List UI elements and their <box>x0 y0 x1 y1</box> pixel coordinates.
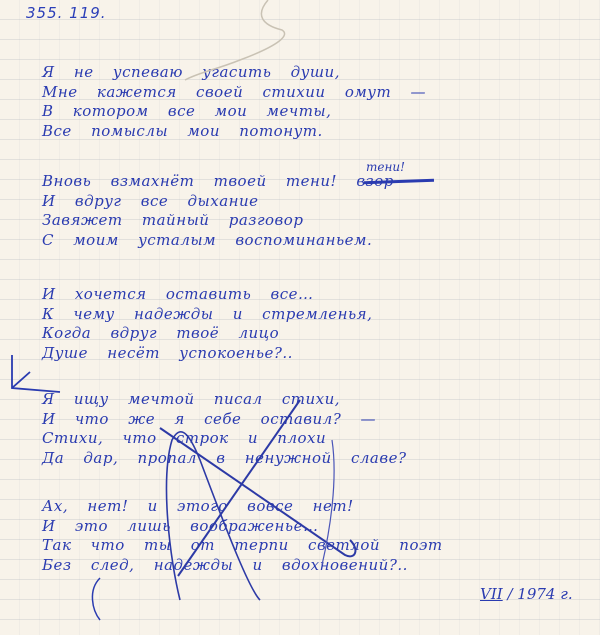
poem-line: Все помыслы мои потонут. <box>42 122 587 142</box>
poem-line: Я не успеваю угасить души, <box>42 63 587 83</box>
poem-line: Стихи, что строк и плохи <box>42 429 587 449</box>
archive-number: 355. 119. <box>26 4 107 22</box>
poem-line: И это лишь воображенье… <box>42 517 587 537</box>
poem-line: Вновь взмахнёт твоей тени! взор <box>42 172 587 192</box>
stanza-3: И хочется оставить все… К чему надежды и… <box>42 285 587 363</box>
poem-line: Ах, нет! и этого вовсе нет! <box>42 497 587 517</box>
poem-line: Так что ты от терпи светлой поэт <box>42 536 587 556</box>
date-month: VII <box>480 585 503 603</box>
poem-line: И что же я себе оставил? — <box>42 410 587 430</box>
poem-line: Я ищу мечтой писал стихи, <box>42 390 587 410</box>
date-signature: VII / 1974 г. <box>480 585 573 603</box>
poem-line: И вдруг все дыхание <box>42 192 587 212</box>
poem-line: Да дар, пропал в ненужной славе? <box>42 449 587 469</box>
date-year: 1974 г. <box>517 585 572 603</box>
poem-line: К чему надежды и стремленья, <box>42 305 587 325</box>
poem-line: Мне кажется своей стихии омут — <box>42 83 587 103</box>
poem-line: Душе несёт успокоенье?.. <box>42 344 587 364</box>
poem-line: Когда вдруг твоё лицо <box>42 324 587 344</box>
poem-line: Завяжет тайный разговор <box>42 211 587 231</box>
poem-line: В котором все мои мечты, <box>42 102 587 122</box>
manuscript-page: 355. 119. Я не успеваю угасить души, Мне… <box>0 0 600 635</box>
stanza-1: Я не успеваю угасить души, Мне кажется с… <box>42 63 587 141</box>
poem-line: Без след, надежды и вдохновений?.. <box>42 556 587 576</box>
stanza-4: Я ищу мечтой писал стихи, И что же я себ… <box>42 390 587 468</box>
stanza-2: Вновь взмахнёт твоей тени! взор И вдруг … <box>42 172 587 250</box>
stanza-5: Ах, нет! и этого вовсе нет! И это лишь в… <box>42 497 587 575</box>
poem-line: С моим усталым воспоминаньем. <box>42 231 587 251</box>
poem-line: И хочется оставить все… <box>42 285 587 305</box>
bracket-icon <box>92 578 100 620</box>
